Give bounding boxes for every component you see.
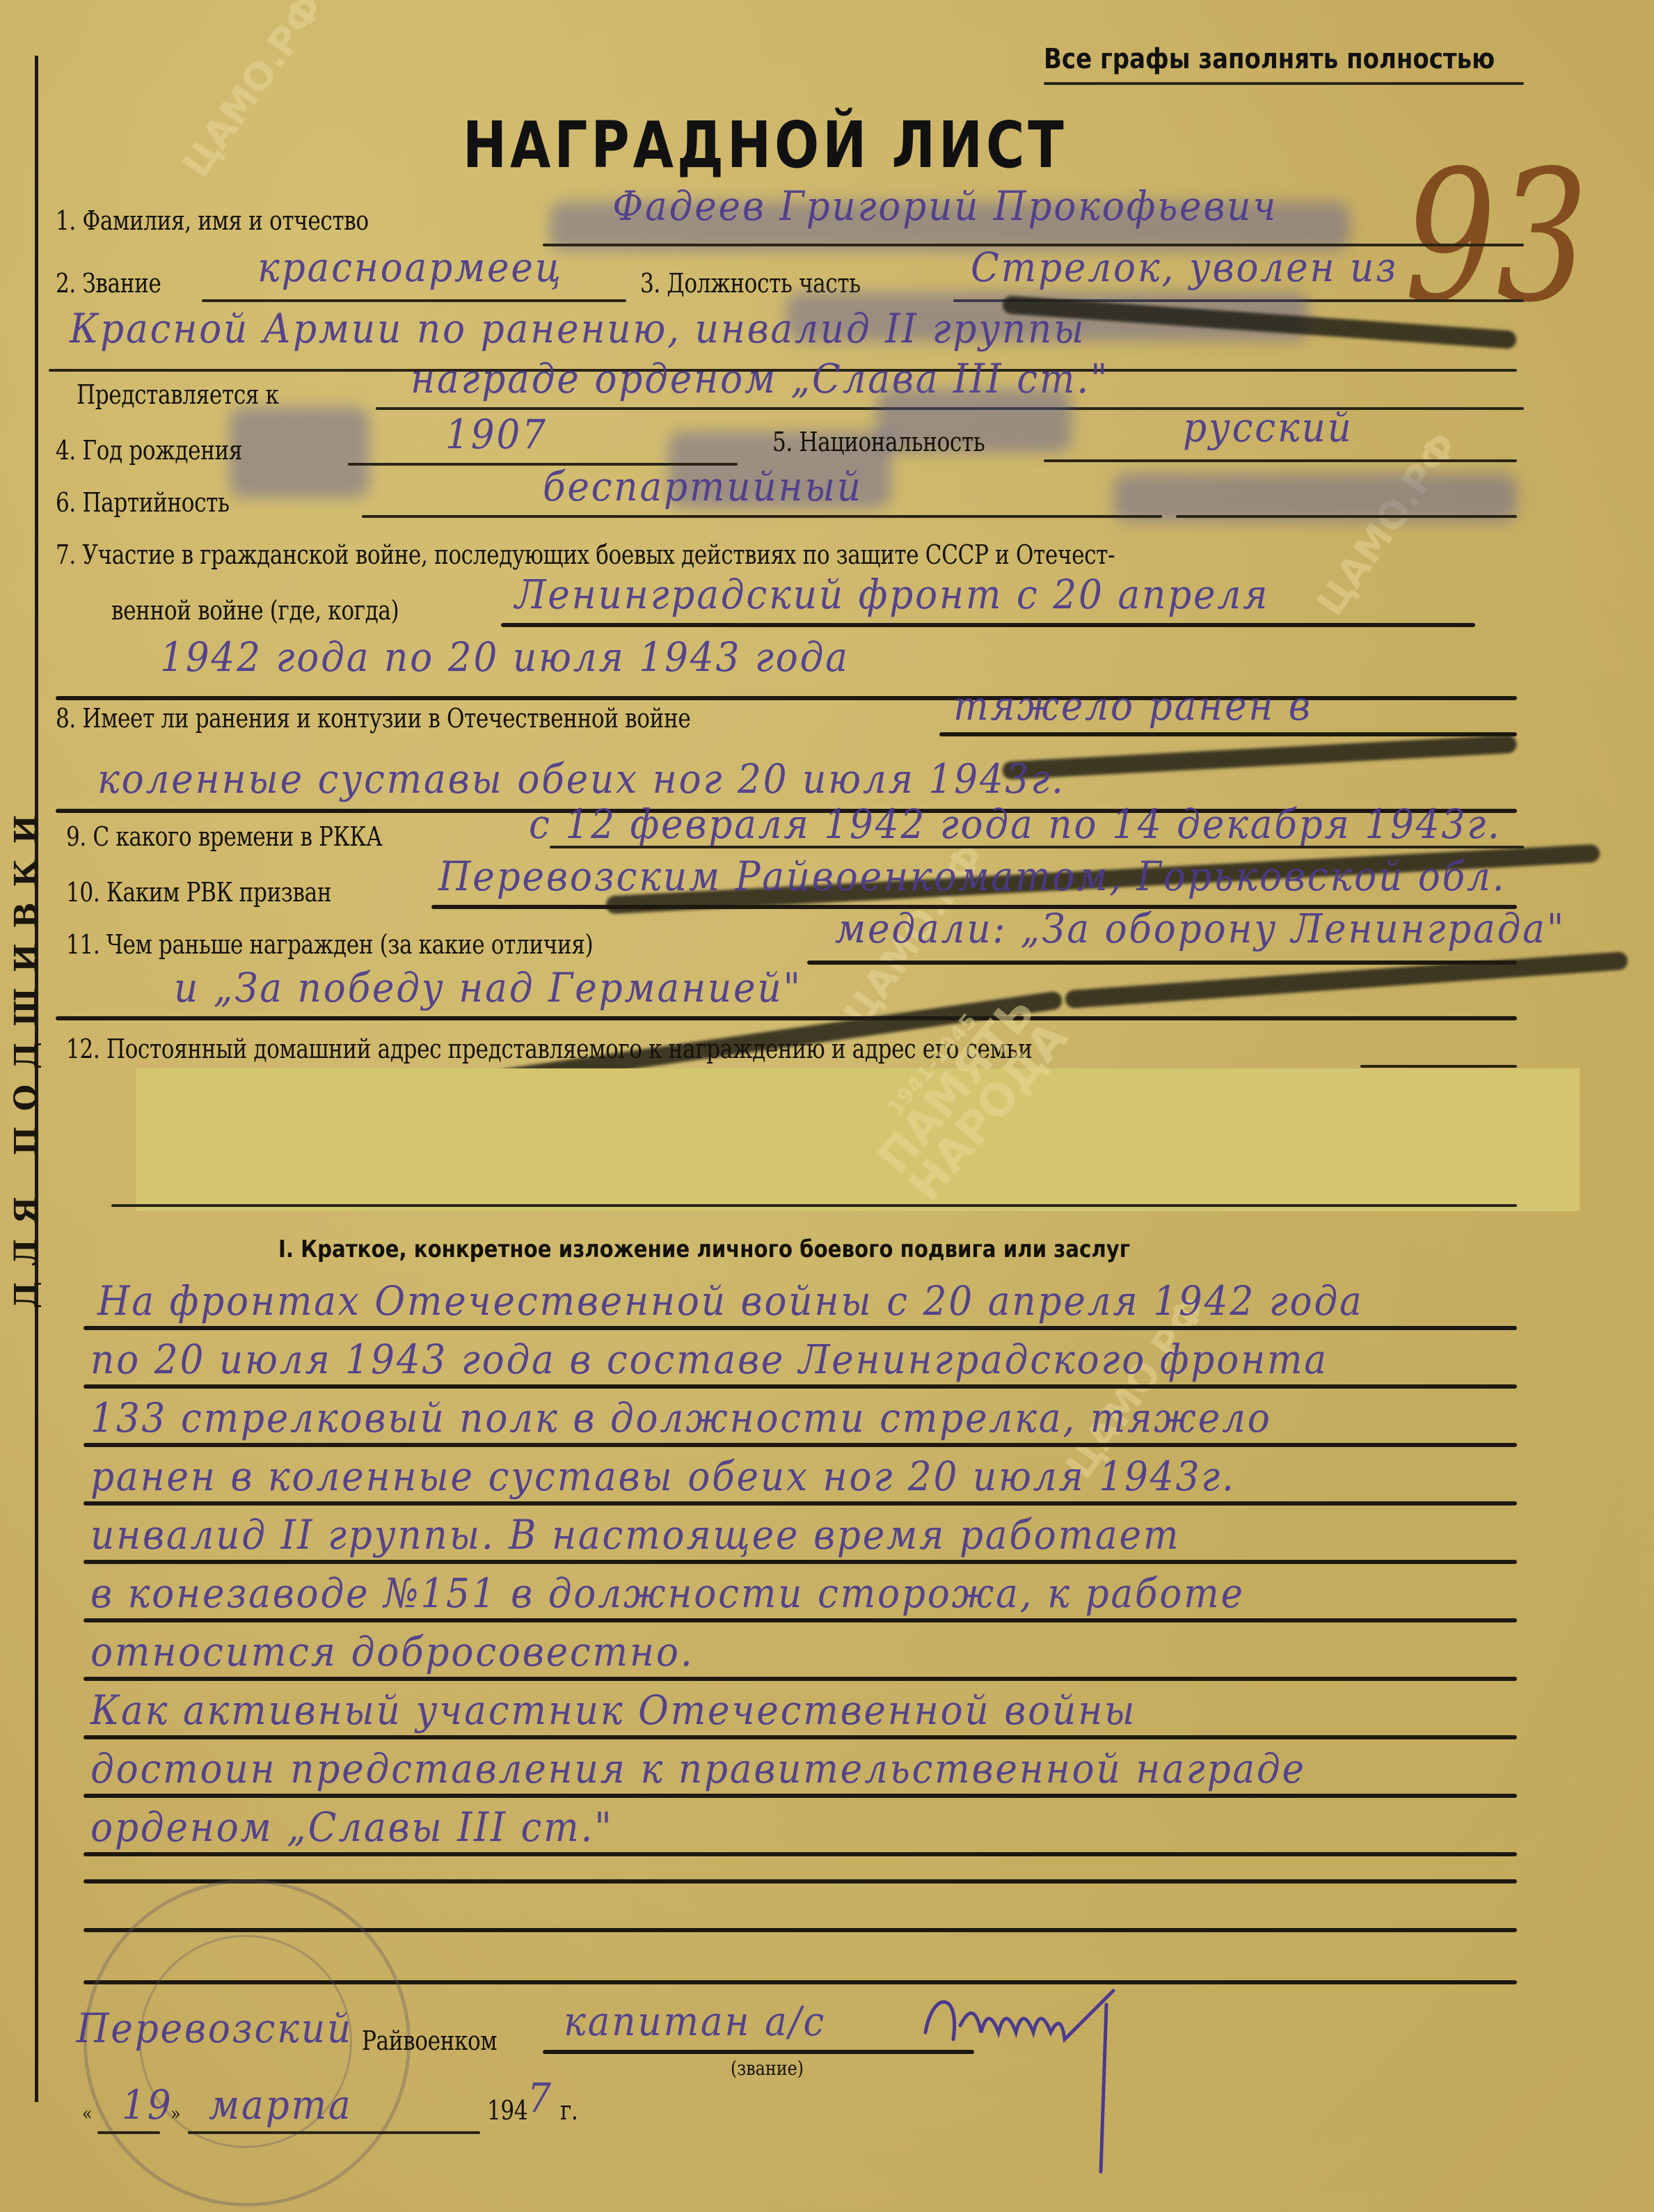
field-label-draft-office: 10. Каким РВК призван [66, 877, 331, 908]
date-close-quote: » [170, 2102, 181, 2125]
field-label-party: 6. Партийность [56, 487, 230, 518]
field-value-previous-awards: медали: „За оборону Ленинграда" [835, 905, 1566, 952]
merits-underline [84, 1794, 1517, 1798]
empty-line [84, 1879, 1517, 1883]
field-label-name: 1. Фамилия, имя и отчество [56, 205, 369, 236]
underline [97, 2131, 160, 2134]
merits-underline [84, 1326, 1517, 1330]
field-label-previous-awards: 11. Чем раньше награжден (за какие отлич… [66, 929, 593, 960]
merits-underline [84, 1677, 1517, 1681]
rank-caption: (звание) [731, 2057, 804, 2080]
underline [1044, 459, 1517, 462]
archive-watermark: ЦАМО.РФ [174, 0, 332, 185]
merits-line: по 20 июля 1943 года в составе Ленинград… [90, 1336, 1328, 1383]
field-label-war-participation: 7. Участие в гражданской войне, последую… [56, 539, 1115, 570]
merits-line: 133 стрелковый полк в должности стрелка,… [90, 1394, 1272, 1441]
field-label-rank: 2. Звание [56, 268, 161, 299]
field-value-rkka-since: с 12 февраля 1942 года по 14 декабря 194… [529, 800, 1502, 848]
date-year-suffix: 7 [527, 2074, 553, 2122]
underline [1176, 515, 1517, 518]
binding-margin-label: ДЛЯ ПОДШИВКИ [8, 800, 44, 1309]
date-year-prefix: 194 [487, 2095, 527, 2126]
merits-underline [84, 1560, 1517, 1564]
document-title: НАГРАДНОЙ ЛИСТ [463, 108, 1067, 182]
date-month: марта [209, 2081, 352, 2128]
merits-line: Как активный участник Отечественной войн… [90, 1686, 1136, 1734]
rank-value: капитан а/с [564, 1998, 826, 2045]
district-name: Перевозский [77, 2005, 353, 2052]
underline [543, 2050, 974, 2054]
underline [188, 2131, 480, 2134]
archive-watermark: ЦАМО.РФ [1308, 425, 1466, 624]
field-value-wounds: тяжело ранен в [953, 682, 1312, 729]
merits-underline [84, 1618, 1517, 1622]
date-open-quote: « [82, 2102, 93, 2125]
field-value-draft-office: Перевозским Райвоенкоматом, Горьковской … [438, 853, 1506, 900]
field-value-birth-year: 1907 [445, 411, 548, 458]
underline [939, 732, 1517, 736]
field-value-war-participation-cont: 1942 года по 20 июля 1943 года [160, 633, 850, 681]
merits-underline [84, 1501, 1517, 1506]
field-value-position-cont: Красной Армии по ранению, инвалид II гру… [70, 305, 1086, 352]
ink-strike [1002, 735, 1517, 780]
underline [550, 846, 1524, 848]
underline [56, 1016, 1517, 1020]
merits-underline [84, 1384, 1517, 1389]
merits-line: достоин представления к правительственно… [90, 1745, 1306, 1792]
date-day: 19 [122, 2081, 173, 2128]
field-value-party: беспартийный [543, 463, 863, 510]
underline [807, 961, 1517, 965]
merits-underline [84, 1443, 1517, 1447]
field-label-home-address: 12. Постоянный домашний адрес представля… [66, 1034, 1032, 1064]
underline [111, 1204, 1517, 1207]
merits-line: относится добросовестно. [90, 1628, 694, 1675]
field-label-rkka-since: 9. С какого времени в РККА [66, 821, 382, 852]
underline [202, 299, 626, 302]
field-value-name: Фадеев Григорий Прокофьевич [612, 182, 1278, 230]
merits-line: На фронтах Отечественной войны с 20 апре… [97, 1277, 1364, 1325]
merits-heading: I. Краткое, конкретное изложение личного… [278, 1235, 1130, 1263]
field-value-previous-awards-cont: и „За победу над Германией" [174, 964, 802, 1011]
field-label-nationality: 5. Национальность [772, 427, 985, 457]
instruction-text: Все графы заполнять полностью [1044, 43, 1495, 75]
office-label: Райвоенком [362, 2025, 497, 2056]
field-label-wounds: 8. Имеет ли ранения и контузии в Отечест… [56, 703, 690, 734]
underline [501, 623, 1475, 627]
underline [362, 515, 1162, 518]
instruction-underline [1044, 82, 1524, 85]
field-label-presented: Представляется к [77, 379, 279, 410]
field-value-nationality: русский [1183, 404, 1353, 451]
date-year-unit: г. [560, 2095, 578, 2126]
field-value-rank: красноармеец [257, 244, 563, 291]
field-value-wounds-cont: коленные суставы обеих ног 20 июля 1943г… [97, 755, 1065, 803]
merits-line: орденом „Славы III ст." [90, 1803, 614, 1851]
merits-underline [84, 1735, 1517, 1739]
field-value-war-participation: Ленинградский фронт с 20 апреля [515, 571, 1269, 618]
field-value-position: Стрелок, уволен из [971, 244, 1398, 291]
blur-smudge [230, 407, 369, 498]
field-label-war-participation-cont: венной войне (где, когда) [111, 595, 399, 626]
field-label-birth-year: 4. Год рождения [56, 435, 242, 466]
underline [1360, 1065, 1517, 1068]
officer-signature [919, 1963, 1211, 2186]
merits-line: ранен в коленные суставы обеих ног 20 ию… [90, 1453, 1236, 1500]
merits-underline [84, 1852, 1517, 1856]
merits-line: инвалид II группы. В настоящее время раб… [90, 1511, 1180, 1558]
merits-line: в конезаводе №151 в должности сторожа, к… [90, 1570, 1245, 1617]
archive-pencil-mark: 93 [1404, 132, 1589, 342]
